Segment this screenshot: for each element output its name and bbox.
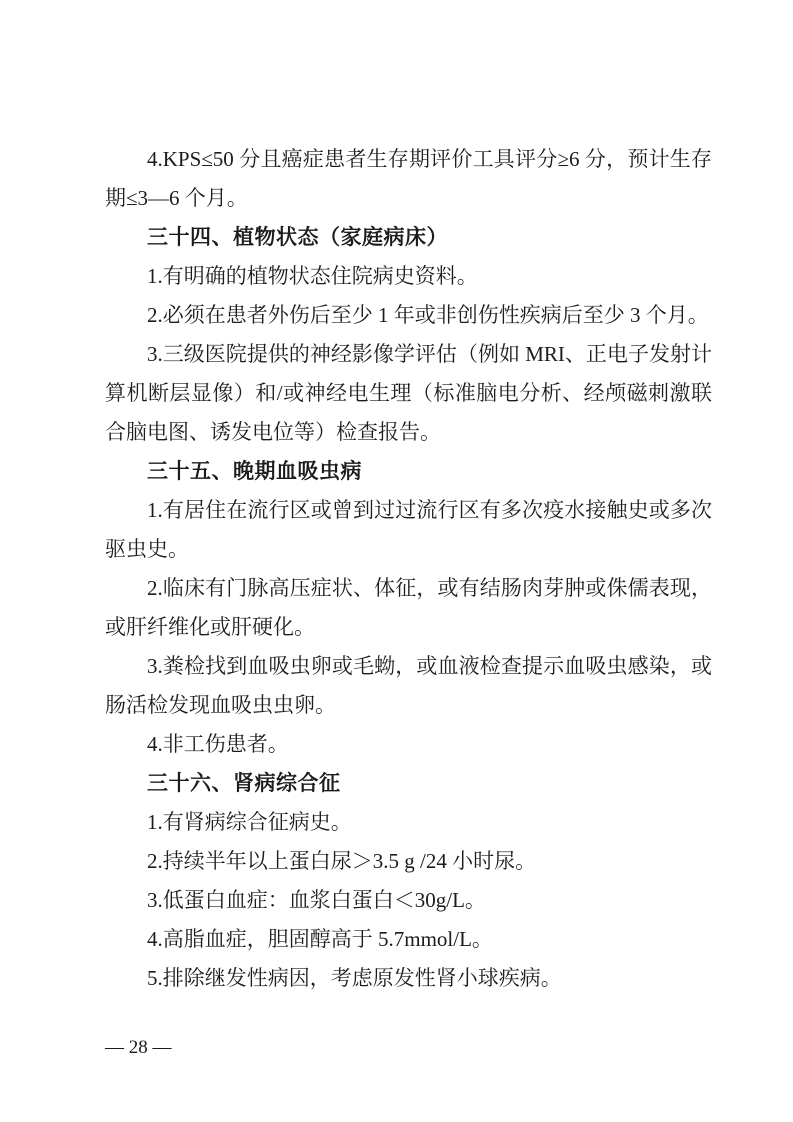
document-page: 4.KPS≤50 分且癌症患者生存期评价工具评分≥6 分，预计生存期≤3—6 个…: [0, 0, 793, 1122]
section-heading: 三十六、肾病综合征: [105, 764, 712, 803]
paragraph: 2.临床有门脉高压症状、体征，或有结肠肉芽肿或侏儒表现，或肝纤维化或肝硬化。: [105, 569, 712, 647]
paragraph: 1.有明确的植物状态住院病史资料。: [105, 257, 712, 296]
paragraph: 2.持续半年以上蛋白尿＞3.5 g /24 小时尿。: [105, 842, 712, 881]
paragraph: 4.KPS≤50 分且癌症患者生存期评价工具评分≥6 分，预计生存期≤3—6 个…: [105, 140, 712, 218]
paragraph: 5.排除继发性病因，考虑原发性肾小球疾病。: [105, 959, 712, 998]
paragraph: 4.高脂血症，胆固醇高于 5.7mmol/L。: [105, 920, 712, 959]
paragraph: 3.低蛋白血症：血浆白蛋白＜30g/L。: [105, 881, 712, 920]
paragraph: 3.粪检找到血吸虫卵或毛蚴，或血液检查提示血吸虫感染，或肠活检发现血吸虫虫卵。: [105, 647, 712, 725]
paragraph: 1.有居住在流行区或曾到过过流行区有多次疫水接触史或多次驱虫史。: [105, 491, 712, 569]
paragraph: 1.有肾病综合征病史。: [105, 803, 712, 842]
paragraph: 4.非工伤患者。: [105, 725, 712, 764]
page-number: — 28 —: [105, 1037, 172, 1059]
paragraph: 2.必须在患者外伤后至少 1 年或非创伤性疾病后至少 3 个月。: [105, 296, 712, 335]
document-content: 4.KPS≤50 分且癌症患者生存期评价工具评分≥6 分，预计生存期≤3—6 个…: [105, 140, 712, 998]
paragraph: 3.三级医院提供的神经影像学评估（例如 MRI、正电子发射计算机断层显像）和/或…: [105, 335, 712, 452]
section-heading: 三十五、晚期血吸虫病: [105, 452, 712, 491]
section-heading: 三十四、植物状态（家庭病床）: [105, 218, 712, 257]
